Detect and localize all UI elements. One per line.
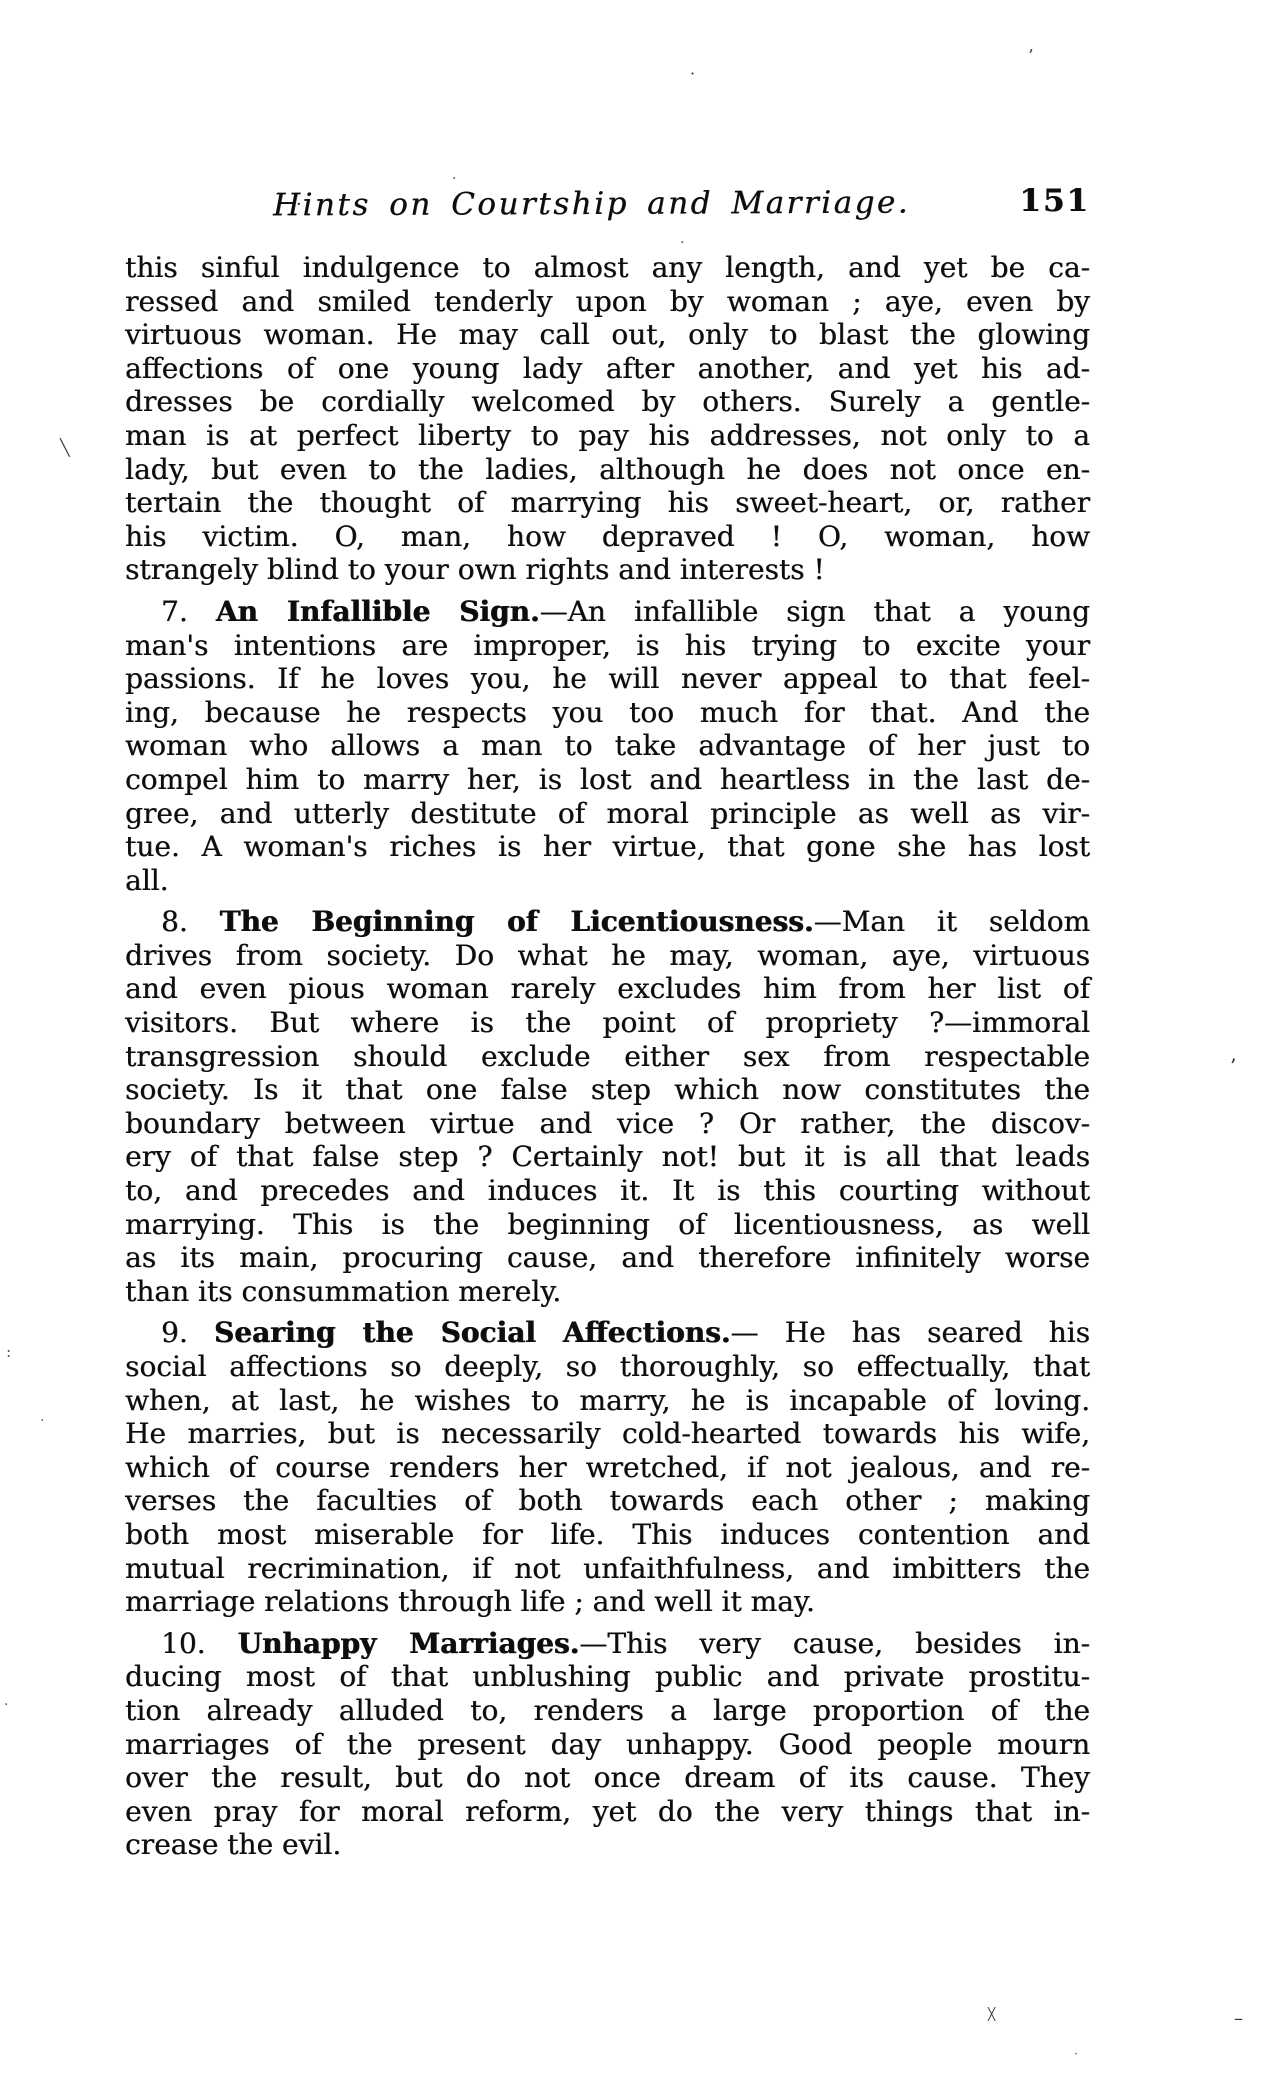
paragraph: 10. Unhappy Marriages.—This very cause, …: [125, 1627, 1090, 1862]
text-line: man is at perfect liberty to pay his add…: [125, 419, 1090, 453]
text-line: social affections so deeply, so thorough…: [125, 1350, 1090, 1384]
text-line: man's intentions are improper, is his tr…: [125, 629, 1090, 663]
text-line: drives from society. Do what he may, wom…: [125, 939, 1090, 973]
text-line: over the result, but do not once dream o…: [125, 1761, 1090, 1795]
running-title: Hints on Courtship and Marriage.: [109, 184, 1074, 224]
section-number: 9.: [161, 1316, 188, 1349]
text-line: visitors. But where is the point of prop…: [125, 1006, 1090, 1040]
text-line: as its main, procuring cause, and theref…: [125, 1241, 1090, 1275]
text-line: this sinful indulgence to almost any len…: [125, 251, 1090, 285]
text-line: all.: [125, 864, 1090, 898]
text-line: virtuous woman. He may call out, only to…: [125, 318, 1090, 352]
text-line: and even pious woman rarely excludes him…: [125, 972, 1090, 1006]
section-heading-rest: — He has seared his: [730, 1316, 1090, 1349]
text-line: marriages of the present day unhappy. Go…: [125, 1728, 1090, 1762]
section-number: 7.: [161, 595, 188, 628]
text-line: He marries, but is necessarily cold-hear…: [125, 1417, 1090, 1451]
page-number: 151: [1019, 183, 1090, 219]
scan-artifact: ·: [680, 236, 684, 250]
scan-artifact: ·: [1074, 2048, 1078, 2060]
section-title: The Beginning of Licentiousness.: [220, 905, 814, 938]
text-line: transgression should exclude either sex …: [125, 1040, 1090, 1074]
text-line: ing, because he respects you too much fo…: [125, 696, 1090, 730]
scan-artifact: :: [6, 1344, 11, 1360]
scan-artifact: ·: [40, 1414, 44, 1428]
section-heading-line: 7. An Infallible Sign.—An infallible sig…: [125, 595, 1090, 629]
text-line: ery of that false step ? Certainly not! …: [125, 1140, 1090, 1174]
scan-artifact: ·: [4, 1698, 8, 1712]
text-line: tue. A woman's riches is her virtue, tha…: [125, 830, 1090, 864]
text-line: than its consummation merely.: [125, 1275, 1090, 1309]
scan-artifact: ’: [1028, 48, 1034, 66]
text-line: affections of one young lady after anoth…: [125, 352, 1090, 386]
section-heading-line: 10. Unhappy Marriages.—This very cause, …: [125, 1627, 1090, 1661]
section-heading-line: 8. The Beginning of Licentiousness.—Man …: [125, 905, 1090, 939]
scan-artifact: ╲: [60, 440, 70, 456]
section-heading-rest: —An infallible sign that a young: [540, 595, 1090, 628]
text-line: woman who allows a man to take advantage…: [125, 729, 1090, 763]
text-line: ressed and smiled tenderly upon by woman…: [125, 285, 1090, 319]
section-heading-rest: —This very cause, besides in-: [579, 1627, 1090, 1660]
text-line: strangely blind to your own rights and i…: [125, 553, 1090, 587]
section-heading-rest: —Man it seldom: [814, 905, 1090, 938]
text-line: marriage relations through life ; and we…: [125, 1585, 1090, 1619]
text-line: gree, and utterly destitute of moral pri…: [125, 797, 1090, 831]
paragraph: 9. Searing the Social Affections.— He ha…: [125, 1316, 1090, 1618]
text-line: to, and precedes and induces it. It is t…: [125, 1174, 1090, 1208]
section-title: An Infallible Sign.: [216, 595, 540, 628]
text-line: tion already alluded to, renders a large…: [125, 1694, 1090, 1728]
text-line: boundary between virtue and vice ? Or ra…: [125, 1107, 1090, 1141]
scanned-book-page: Hints on Courtship and Marriage. 151 thi…: [0, 0, 1285, 2095]
text-line: verses the faculties of both towards eac…: [125, 1484, 1090, 1518]
scan-artifact: ·: [690, 66, 695, 82]
text-line: when, at last, he wishes to marry, he is…: [125, 1384, 1090, 1418]
text-line: marrying. This is the beginning of licen…: [125, 1208, 1090, 1242]
text-line: his victim. O, man, how depraved ! O, wo…: [125, 520, 1090, 554]
page-header: Hints on Courtship and Marriage. 151: [125, 186, 1090, 230]
text-line: crease the evil.: [125, 1828, 1090, 1862]
text-line: which of course renders her wretched, if…: [125, 1451, 1090, 1485]
text-line: even pray for moral reform, yet do the v…: [125, 1795, 1090, 1829]
text-line: tertain the thought of marrying his swee…: [125, 486, 1090, 520]
text-line: mutual recrimination, if not unfaithfuln…: [125, 1552, 1090, 1586]
paragraph: 7. An Infallible Sign.—An infallible sig…: [125, 595, 1090, 897]
paragraph: this sinful indulgence to almost any len…: [125, 251, 1090, 587]
body-text: this sinful indulgence to almost any len…: [125, 251, 1090, 1862]
paragraph: 8. The Beginning of Licentiousness.—Man …: [125, 905, 1090, 1308]
section-heading-line: 9. Searing the Social Affections.— He ha…: [125, 1316, 1090, 1350]
section-number: 10.: [161, 1627, 206, 1660]
scan-artifact: ·: [452, 172, 456, 186]
text-line: society. Is it that one false step which…: [125, 1073, 1090, 1107]
text-line: compel him to marry her, is lost and hea…: [125, 763, 1090, 797]
scan-artifact: ’: [1230, 1056, 1236, 1076]
section-number: 8.: [161, 905, 188, 938]
text-line: both most miserable for life. This induc…: [125, 1518, 1090, 1552]
scan-artifact: ╳: [988, 2008, 995, 2020]
text-line: passions. If he loves you, he will never…: [125, 662, 1090, 696]
text-line: dresses be cordially welcomed by others.…: [125, 385, 1090, 419]
section-title: Searing the Social Affections.: [214, 1316, 731, 1349]
scan-artifact: –: [1234, 2010, 1243, 2028]
text-line: lady, but even to the ladies, although h…: [125, 453, 1090, 487]
text-line: ducing most of that unblushing public an…: [125, 1660, 1090, 1694]
section-title: Unhappy Marriages.: [237, 1627, 579, 1660]
